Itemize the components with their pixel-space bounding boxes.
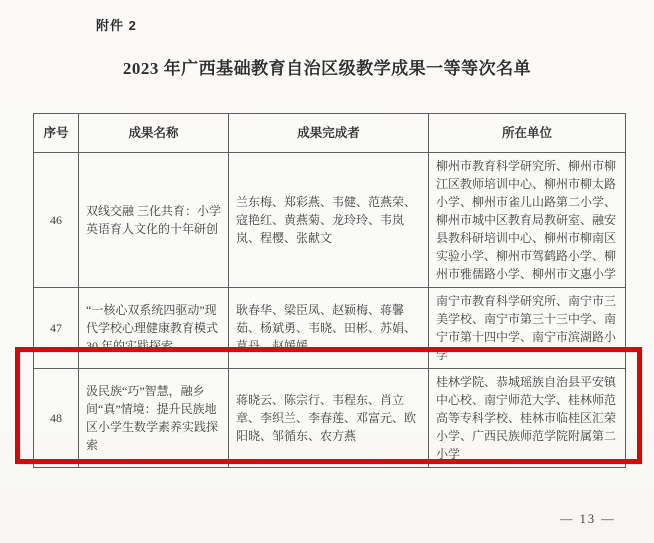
column-header-serial: 序号 — [34, 114, 79, 153]
attachment-label: 附件 2 — [96, 15, 137, 34]
cell-units: 桂林学院、恭城瑶族自治县平安镇中心校、南宁师范大学、桂林师范高等专科学校、桂林市… — [429, 369, 626, 468]
column-header-name: 成果名称 — [79, 114, 229, 153]
cell-authors: 蒋晓云、陈宗行、韦程东、肖立章、李织兰、李春莲、邓富元、欧阳晓、邹循东、农方燕 — [229, 369, 429, 468]
table-row: 47 “一核心双系统四驱动”现代学校心理健康教育模式 30 年的实践探索 耿春华… — [34, 288, 626, 369]
scanned-document-page: 附件 2 2023 年广西基础教育自治区级教学成果一等等次名单 序号 成果名称 … — [0, 0, 654, 543]
results-table: 序号 成果名称 成果完成者 所在单位 46 双线交融 三化共育：小学英语育人文化… — [33, 113, 626, 468]
cell-achievement-name: 汲民族“巧”智慧，融乡间“真”情境：提升民族地区小学生数学素养实践探索 — [79, 369, 229, 468]
table-row-highlighted: 48 汲民族“巧”智慧，融乡间“真”情境：提升民族地区小学生数学素养实践探索 蒋… — [34, 369, 626, 468]
page-title: 2023 年广西基础教育自治区级教学成果一等等次名单 — [0, 54, 654, 79]
page-number: — 13 — — [560, 512, 616, 527]
table-header-row: 序号 成果名称 成果完成者 所在单位 — [34, 114, 626, 153]
table-row: 46 双线交融 三化共育：小学英语育人文化的十年研创 兰东梅、郑彩燕、韦健、范燕… — [34, 153, 626, 288]
cell-serial: 47 — [34, 288, 79, 369]
cell-serial: 48 — [34, 369, 79, 468]
cell-serial: 46 — [34, 153, 79, 288]
column-header-units: 所在单位 — [429, 114, 626, 153]
cell-units: 南宁市教育科学研究所、南宁市三美学校、南宁市第三十三中学、南宁市第十四中学、南宁… — [429, 288, 626, 369]
cell-achievement-name: “一核心双系统四驱动”现代学校心理健康教育模式 30 年的实践探索 — [79, 288, 229, 369]
cell-achievement-name: 双线交融 三化共育：小学英语育人文化的十年研创 — [79, 153, 229, 288]
cell-authors: 耿春华、梁臣凤、赵颖梅、蒋馨茹、杨斌勇、韦晓、田彬、苏娟、莫丹、赵媛媛 — [229, 288, 429, 369]
cell-units: 柳州市教育科学研究所、柳州市柳江区教师培训中心、柳州市柳太路小学、柳州市雀儿山路… — [429, 153, 626, 288]
column-header-authors: 成果完成者 — [229, 114, 429, 153]
cell-authors: 兰东梅、郑彩燕、韦健、范燕荣、寇艳红、黄燕菊、龙玲玲、韦岚岚、程樱、张献文 — [229, 153, 429, 288]
